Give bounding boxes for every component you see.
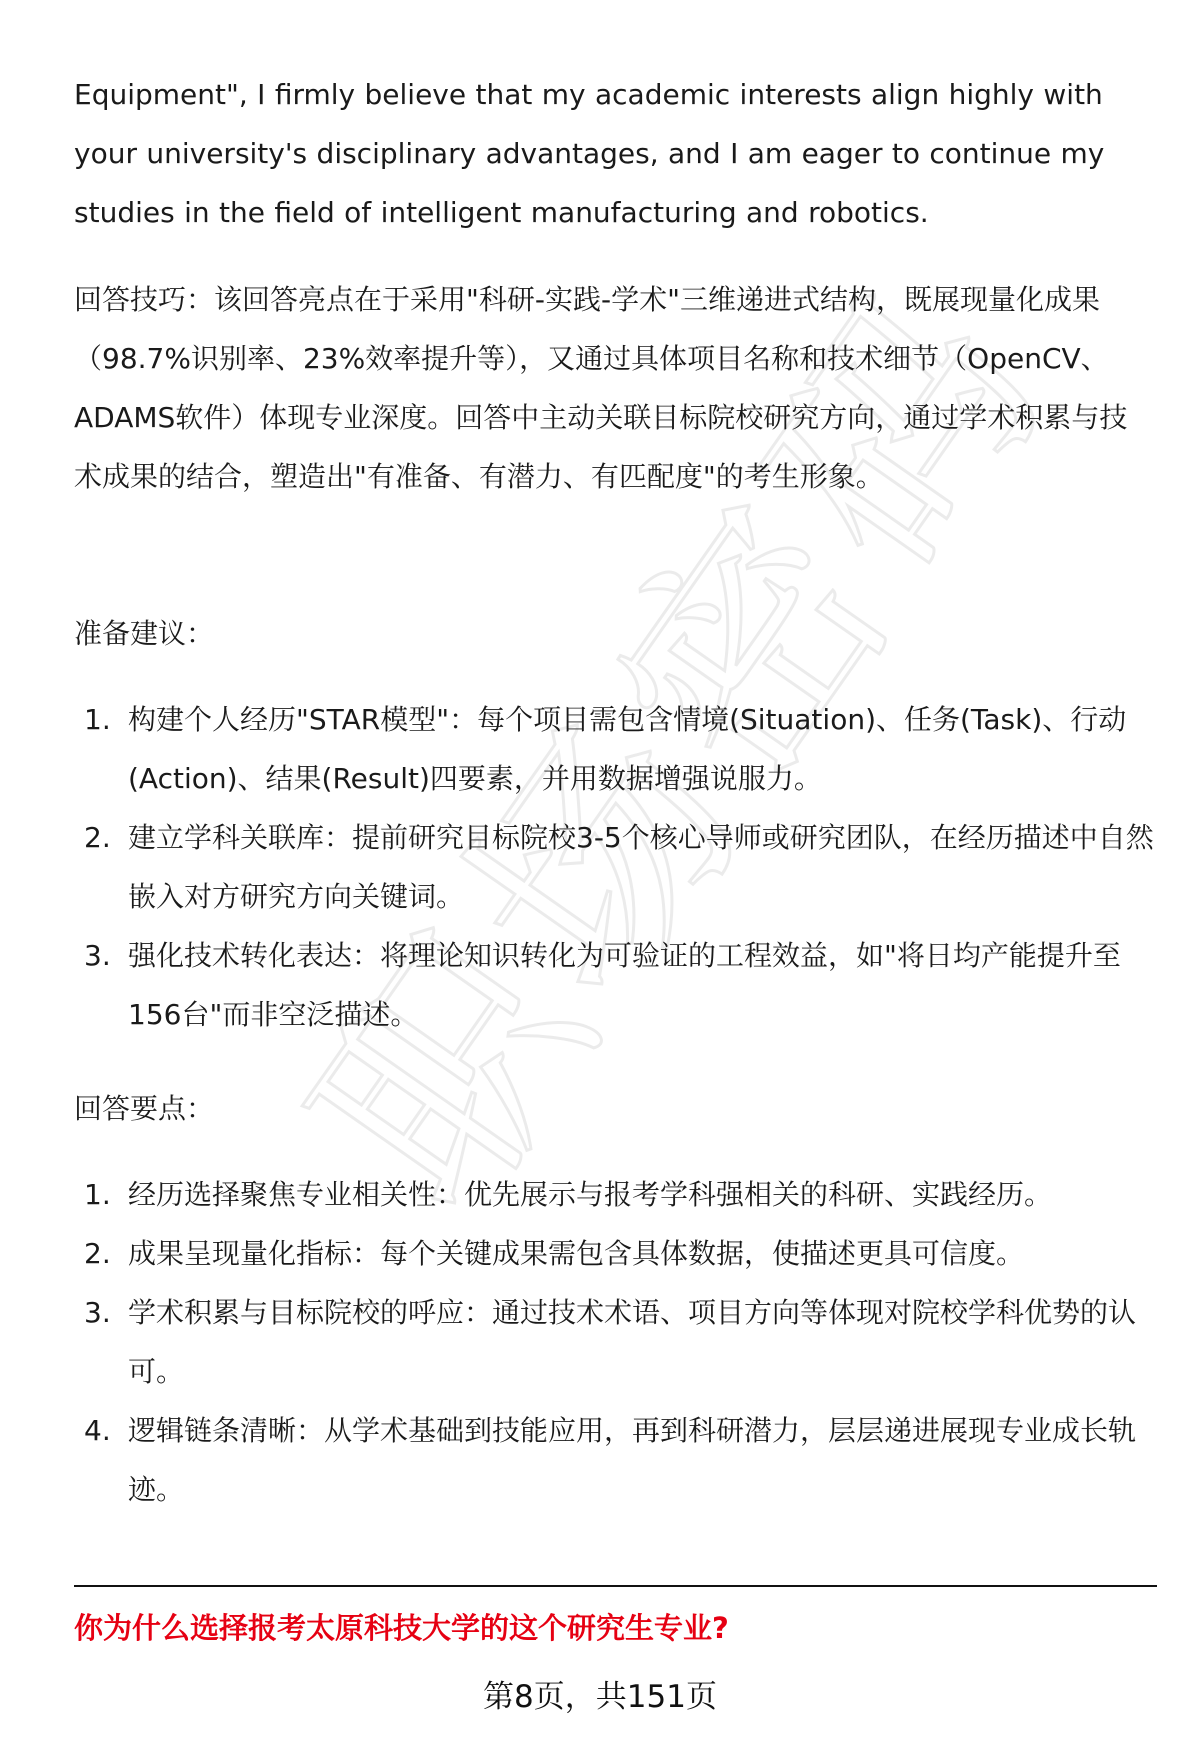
list-item: 4. 逻辑链条清晰：从学术基础到技能应用，再到科研潜力，层层递进展现专业成长轨迹… [74, 1401, 1164, 1519]
continued-answer-text: Equipment", I firmly believe that my aca… [74, 65, 1154, 242]
list-text: 构建个人经历"STAR模型"：每个项目需包含情境(Situation)、任务(T… [128, 690, 1164, 808]
answer-tips-text: 该回答亮点在于采用"科研-实践-学术"三维递进式结构，既展现量化成果（98.7%… [74, 283, 1127, 493]
document-page: Equipment", I firmly believe that my aca… [0, 0, 1200, 1755]
list-text: 经历选择聚焦专业相关性：优先展示与报考学科强相关的科研、实践经历。 [128, 1165, 1164, 1224]
list-item: 2. 成果呈现量化指标：每个关键成果需包含具体数据，使描述更具可信度。 [74, 1224, 1164, 1283]
list-number: 1. [74, 690, 128, 808]
list-item: 1. 构建个人经历"STAR模型"：每个项目需包含情境(Situation)、任… [74, 690, 1164, 808]
list-text: 学术积累与目标院校的呼应：通过技术术语、项目方向等体现对院校学科优势的认可。 [128, 1283, 1164, 1401]
list-number: 1. [74, 1165, 128, 1224]
list-item: 3. 强化技术转化表达：将理论知识转化为可验证的工程效益，如"将日均产能提升至1… [74, 926, 1164, 1044]
list-text: 逻辑链条清晰：从学术基础到技能应用，再到科研潜力，层层递进展现专业成长轨迹。 [128, 1401, 1164, 1519]
list-number: 3. [74, 926, 128, 1044]
page-indicator: 第8页，共151页 [0, 1675, 1200, 1719]
list-number: 2. [74, 1224, 128, 1283]
section-divider [74, 1585, 1157, 1587]
preparation-list: 1. 构建个人经历"STAR模型"：每个项目需包含情境(Situation)、任… [74, 690, 1164, 1044]
answer-tips-label: 回答技巧： [74, 283, 214, 316]
next-question-heading: 你为什么选择报考太原科技大学的这个研究生专业? [74, 1608, 729, 1648]
list-item: 1. 经历选择聚焦专业相关性：优先展示与报考学科强相关的科研、实践经历。 [74, 1165, 1164, 1224]
answer-tips-paragraph: 回答技巧：该回答亮点在于采用"科研-实践-学术"三维递进式结构，既展现量化成果（… [74, 270, 1154, 506]
list-text: 建立学科关联库：提前研究目标院校3-5个核心导师或研究团队，在经历描述中自然嵌入… [128, 808, 1164, 926]
key-points-list: 1. 经历选择聚焦专业相关性：优先展示与报考学科强相关的科研、实践经历。 2. … [74, 1165, 1164, 1519]
list-number: 3. [74, 1283, 128, 1401]
list-text: 成果呈现量化指标：每个关键成果需包含具体数据，使描述更具可信度。 [128, 1224, 1164, 1283]
list-text: 强化技术转化表达：将理论知识转化为可验证的工程效益，如"将日均产能提升至156台… [128, 926, 1164, 1044]
list-item: 3. 学术积累与目标院校的呼应：通过技术术语、项目方向等体现对院校学科优势的认可… [74, 1283, 1164, 1401]
preparation-heading: 准备建议： [74, 604, 214, 663]
list-number: 2. [74, 808, 128, 926]
list-item: 2. 建立学科关联库：提前研究目标院校3-5个核心导师或研究团队，在经历描述中自… [74, 808, 1164, 926]
key-points-heading: 回答要点： [74, 1079, 214, 1138]
list-number: 4. [74, 1401, 128, 1519]
